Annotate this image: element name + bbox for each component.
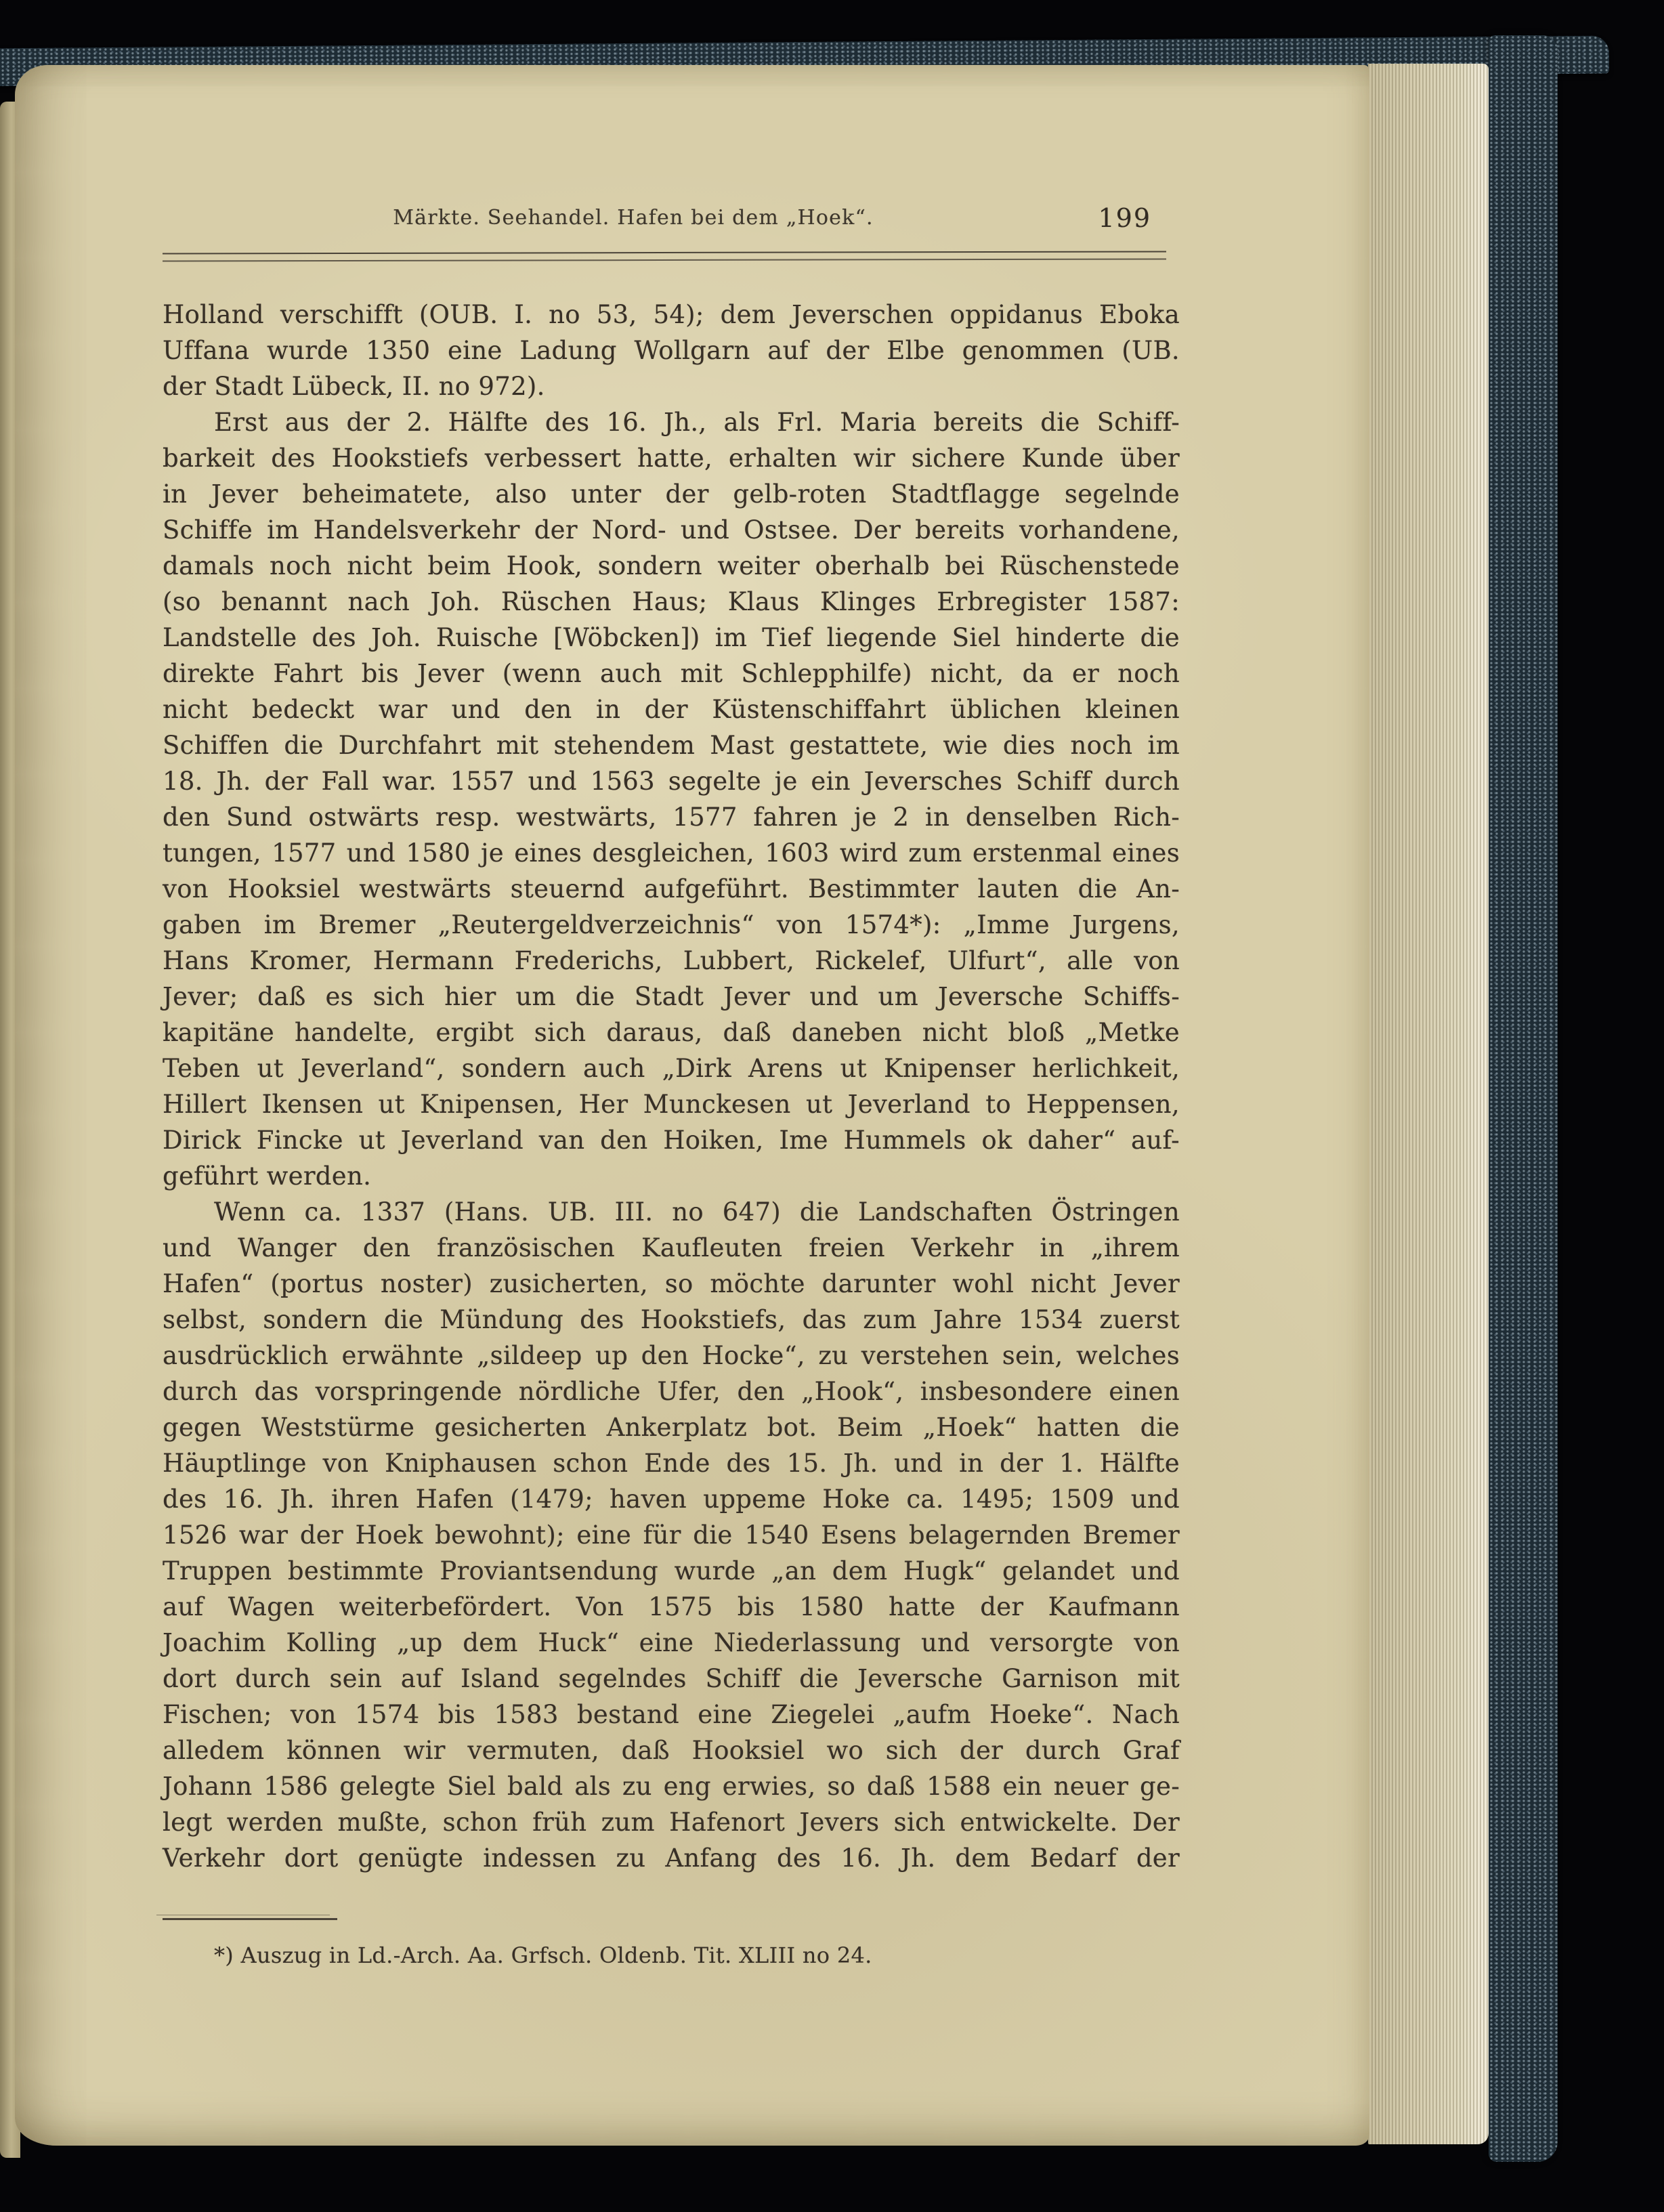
text-line: nicht bedeckt war und den in der Küstens…	[163, 692, 1180, 727]
text-line: kapitäne handelte, ergibt sich daraus, d…	[163, 1015, 1180, 1050]
text-line: Verkehr dort genügte indessen zu Anfang …	[163, 1840, 1180, 1876]
text-line: barkeit des Hookstiefs verbessert hatte,…	[163, 440, 1180, 476]
book-photo: Märkte. Seehandel. Hafen bei dem „Hoek“.…	[0, 0, 1664, 2212]
page-stack-fore-edge	[1368, 64, 1489, 2144]
text-line: direkte Fahrt bis Jever (wenn auch mit S…	[163, 656, 1180, 692]
text-line: und Wanger den französischen Kaufleuten …	[163, 1230, 1180, 1266]
text-line: Teben ut Jeverland“, sondern auch „Dirk …	[163, 1050, 1180, 1086]
text-line: tungen, 1577 und 1580 je eines desgleich…	[163, 835, 1180, 871]
running-header-title: Märkte. Seehandel. Hafen bei dem „Hoek“.	[163, 206, 1104, 230]
text-line: 18. Jh. der Fall war. 1557 und 1563 sege…	[163, 763, 1180, 799]
text-line: dort durch sein auf Island segelndes Sch…	[163, 1661, 1180, 1697]
text-line: damals noch nicht beim Hook, sondern wei…	[163, 548, 1180, 584]
text-line: Johann 1586 gelegte Siel bald als zu eng…	[163, 1768, 1180, 1804]
text-line: durch das vorspringende nördliche Ufer, …	[163, 1374, 1180, 1409]
body-text: Holland verschifft (OUB. I. no 53, 54); …	[163, 297, 1180, 1876]
text-line: Dirick Fincke ut Jeverland van den Hoike…	[163, 1122, 1180, 1158]
text-line: in Jever beheimatete, also unter der gel…	[163, 476, 1180, 512]
text-line: ausdrücklich erwähnte „sildeep up den Ho…	[163, 1338, 1180, 1374]
text-line: legt werden mußte, schon früh zum Hafeno…	[163, 1804, 1180, 1840]
page-number: 199	[1098, 203, 1151, 233]
text-line: auf Wagen weiterbefördert. Von 1575 bis …	[163, 1589, 1180, 1625]
text-line: Landstelle des Joh. Ruische [Wöbcken]) i…	[163, 620, 1180, 656]
text-line: Hans Kromer, Hermann Frederichs, Lubbert…	[163, 943, 1180, 979]
header-rule	[163, 251, 1166, 261]
text-line: Truppen bestimmte Proviantsendung wurde …	[163, 1553, 1180, 1589]
book-page: Märkte. Seehandel. Hafen bei dem „Hoek“.…	[15, 65, 1369, 2146]
running-header: Märkte. Seehandel. Hafen bei dem „Hoek“.…	[163, 206, 1178, 244]
text-line: gaben im Bremer „Reutergeldverzeichnis“ …	[163, 907, 1180, 943]
text-line: geführt werden.	[163, 1158, 1180, 1194]
text-line: (so benannt nach Joh. Rüschen Haus; Klau…	[163, 584, 1180, 620]
text-line: von Hooksiel westwärts steuernd aufgefüh…	[163, 871, 1180, 907]
text-line: Holland verschifft (OUB. I. no 53, 54); …	[163, 297, 1180, 333]
text-line: Fischen; von 1574 bis 1583 bestand eine …	[163, 1697, 1180, 1732]
text-line: Uffana wurde 1350 eine Ladung Wollgarn a…	[163, 333, 1180, 368]
text-line: den Sund ostwärts resp. westwärts, 1577 …	[163, 799, 1180, 835]
book-cover-right-edge	[1489, 35, 1558, 2162]
text-line: gegen Weststürme gesicherten Ankerplatz …	[163, 1409, 1180, 1445]
text-line: Erst aus der 2. Hälfte des 16. Jh., als …	[163, 404, 1180, 440]
text-line: Wenn ca. 1337 (Hans. UB. III. no 647) di…	[163, 1194, 1180, 1230]
text-line: alledem können wir vermuten, daß Hooksie…	[163, 1732, 1180, 1768]
text-line: Jever; daß es sich hier um die Stadt Jev…	[163, 979, 1180, 1015]
text-line: Hafen“ (portus noster) zusicherten, so m…	[163, 1266, 1180, 1302]
text-line: Schiffe im Handelsverkehr der Nord- und …	[163, 512, 1180, 548]
text-line: der Stadt Lübeck, II. no 972).	[163, 368, 1180, 404]
footnote-rule	[163, 1918, 337, 1920]
text-line: selbst, sondern die Mündung des Hookstie…	[163, 1302, 1180, 1338]
text-line: Joachim Kolling „up dem Huck“ eine Niede…	[163, 1625, 1180, 1661]
text-line: 1526 war der Hoek bewohnt); eine für die…	[163, 1517, 1180, 1553]
text-line: des 16. Jh. ihren Hafen (1479; haven upp…	[163, 1481, 1180, 1517]
text-line: Häuptlinge von Kniphausen schon Ende des…	[163, 1445, 1180, 1481]
text-line: Schiffen die Durchfahrt mit stehendem Ma…	[163, 727, 1180, 763]
footnote: *) Auszug in Ld.-Arch. Aa. Grfsch. Olden…	[163, 1940, 1231, 1971]
text-line: Hillert Ikensen ut Knipensen, Her Muncke…	[163, 1086, 1180, 1122]
